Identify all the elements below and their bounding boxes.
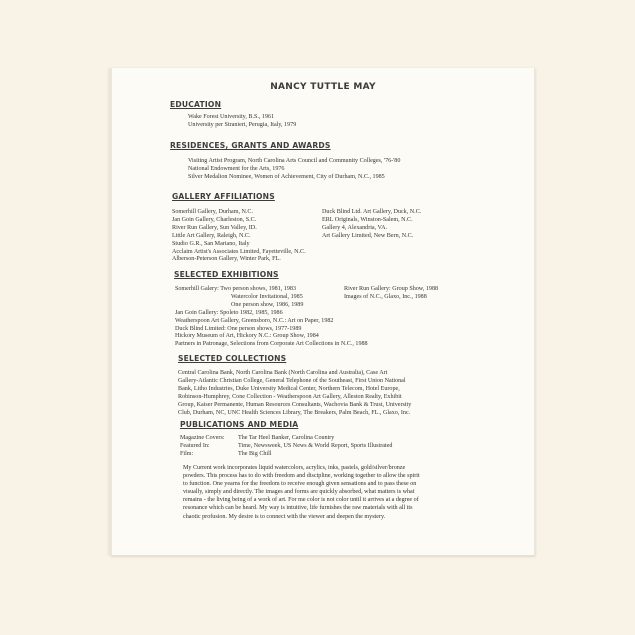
collections-heading: SELECTED COLLECTIONS: [178, 354, 286, 363]
education-item: Wake Forest University, B.S., 1961: [188, 114, 296, 122]
exhibition-item: Somerhill Galery: Two person shows, 1981…: [175, 286, 368, 294]
resume-sheet: NANCY TUTTLE MAY EDUCATION Wake Forest U…: [110, 68, 535, 556]
gallery-heading: GALLERY AFFILIATIONS: [172, 192, 275, 201]
statement-line: My Current work incorporates liquid wate…: [183, 464, 481, 472]
collections-line: Group, Kaiser Permanente, Human Resource…: [178, 402, 411, 410]
exhibition-item: Watercolor Invitational, 1985: [175, 294, 368, 302]
education-heading: EDUCATION: [170, 100, 221, 109]
gallery-item: Acclaim Artist's Associates Limited, Fay…: [172, 249, 306, 257]
exhibition-item: River Run Gallery: Group Show, 1988: [344, 286, 438, 294]
statement-line: powders. This process has to do with fre…: [183, 472, 481, 480]
gallery-item: Jan Goin Gallery, Charleston, S.C.: [172, 217, 306, 225]
collections-line: Central Carolina Bank, North Carolina Ba…: [178, 370, 411, 378]
exhibitions-list-right: River Run Gallery: Group Show, 1988 Imag…: [344, 286, 438, 302]
gallery-item: Gallery 4, Alexandria, VA.: [322, 225, 421, 233]
residences-heading: RESIDENCES, GRANTS AND AWARDS: [170, 141, 331, 150]
publication-row: Featured In:Time, Newsweek, US News & Wo…: [180, 443, 392, 451]
publication-row: Film:The Big Chill: [180, 451, 392, 459]
artist-statement: My Current work incorporates liquid wate…: [183, 464, 481, 521]
collections-line: Bank, Litho Industries, Duke University …: [178, 386, 411, 394]
residences-item: National Endowment for the Arts, 1976: [188, 166, 400, 174]
document-title: NANCY TUTTLE MAY: [112, 82, 534, 92]
exhibition-item: Images of N.C., Glaxo, Inc., 1988: [344, 294, 438, 302]
gallery-list-left: Somerhill Gallery, Durham, N.C. Jan Goin…: [172, 209, 306, 264]
collections-text: Central Carolina Bank, North Carolina Ba…: [178, 370, 411, 417]
publication-value: Time, Newsweek, US News & World Report, …: [238, 443, 392, 449]
collections-line: Club, Durham, NC, UNC Health Sciences Li…: [178, 410, 411, 418]
publications-list: Magazine Covers:The Tar Heel Banker, Car…: [180, 435, 392, 459]
gallery-item: ERL Originals, Winston-Salem, N.C.: [322, 217, 421, 225]
statement-line: remains - the living being of a work of …: [183, 496, 481, 504]
gallery-item: Somerhill Gallery, Durham, N.C.: [172, 209, 306, 217]
publication-label: Featured In:: [180, 443, 238, 451]
publication-row: Magazine Covers:The Tar Heel Banker, Car…: [180, 435, 392, 443]
statement-line: visually, simply and directly. The image…: [183, 488, 481, 496]
collections-line: Robinson-Humphrey, Cone Collection - Wea…: [178, 394, 411, 402]
publication-label: Film:: [180, 451, 238, 459]
education-list: Wake Forest University, B.S., 1961 Unive…: [188, 114, 296, 130]
gallery-item: Little Art Gallery, Raleigh, N.C.: [172, 233, 306, 241]
statement-line: resonance which can be heard. My way is …: [183, 504, 481, 512]
publication-value: The Big Chill: [238, 451, 272, 457]
residences-item: Visiting Artist Program, North Carolina …: [188, 158, 400, 166]
residences-item: Silver Medalion Nominee, Women of Achiev…: [188, 174, 400, 182]
exhibitions-heading: SELECTED EXHIBITIONS: [174, 270, 279, 279]
gallery-item: Alberson-Peterson Gallery, Winter Park, …: [172, 256, 306, 264]
publication-label: Magazine Covers:: [180, 435, 238, 443]
collections-line: Gallery-Atlantic Christian College, Gene…: [178, 378, 411, 386]
gallery-item: River Run Gallery, Sun Valley, ID.: [172, 225, 306, 233]
gallery-item: Art Gallery Limited, New Bern, N.C.: [322, 233, 421, 241]
gallery-list-right: Duck Blind Ltd. Art Gallery, Duck, N.C. …: [322, 209, 421, 241]
exhibitions-list-left: Somerhill Galery: Two person shows, 1981…: [175, 286, 368, 349]
exhibition-item: One person show, 1986, 1989: [175, 302, 368, 310]
exhibition-item: Partners in Patronage, Selections from C…: [175, 341, 368, 349]
publication-value: The Tar Heel Banker, Carolina Country: [238, 435, 334, 441]
residences-list: Visiting Artist Program, North Carolina …: [188, 158, 400, 182]
exhibition-item: Weatherspoon Art Gallery, Greensboro, N.…: [175, 318, 368, 326]
publications-heading: PUBLICATIONS AND MEDIA: [180, 420, 298, 429]
statement-line: to function. One yearns for the freedom …: [183, 480, 481, 488]
gallery-item: Duck Blind Ltd. Art Gallery, Duck, N.C.: [322, 209, 421, 217]
statement-line: chaotic profusion. My desire is to conne…: [183, 513, 481, 521]
gallery-item: Studio G.R., San Mariano, Italy: [172, 241, 306, 249]
education-item: University per Stranieri, Perugia, Italy…: [188, 122, 296, 130]
exhibition-item: Jan Goin Gallery: Spoleto 1982, 1985, 19…: [175, 310, 368, 318]
